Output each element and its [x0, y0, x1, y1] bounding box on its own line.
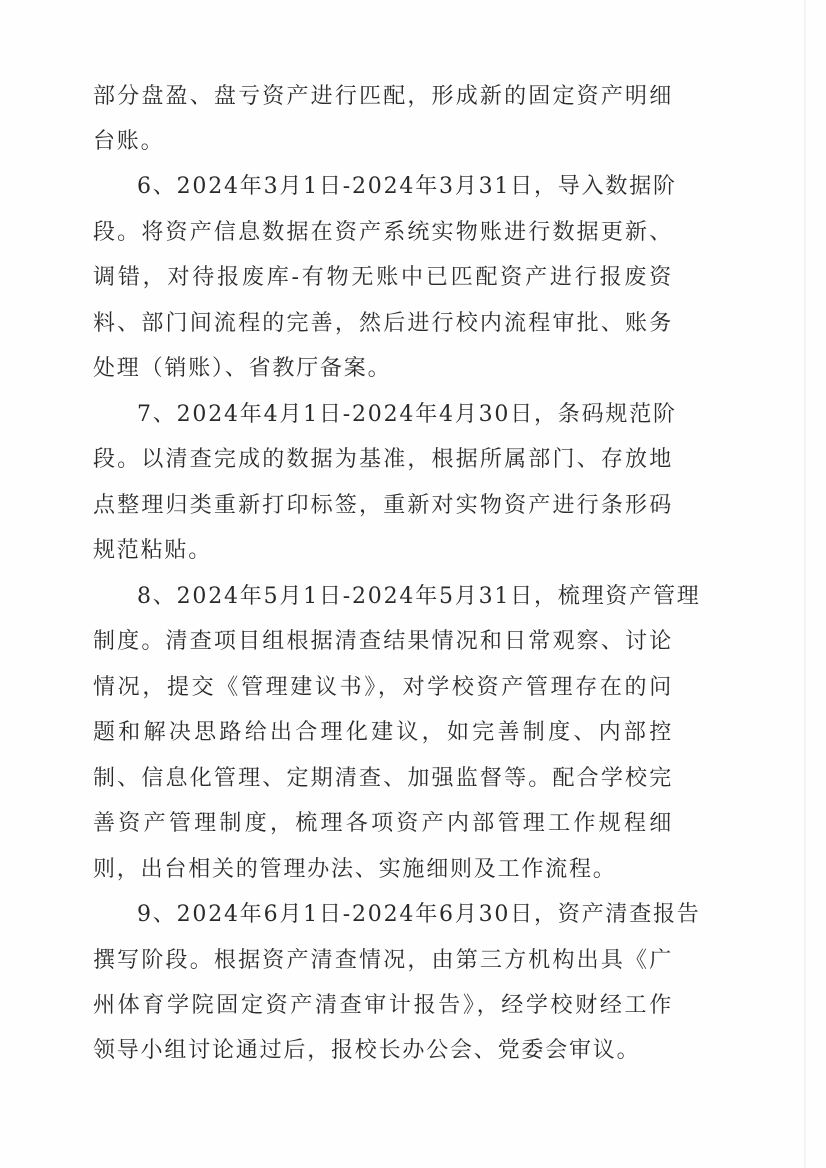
- text-line: 部分盘盈、盘亏资产进行匹配，形成新的固定资产明细: [93, 82, 673, 112]
- text-line: 规范粘贴。: [93, 536, 673, 566]
- text-line: 7、2024年4月1日-2024年4月30日，条码规范阶: [137, 400, 673, 430]
- text-line: 处理（销账）、省教厅备案。: [93, 354, 673, 384]
- text-line: 6、2024年3月1日-2024年3月31日，导入数据阶: [137, 172, 673, 202]
- text-line: 台账。: [93, 127, 673, 157]
- text-line: 料、部门间流程的完善，然后进行校内流程审批、账务: [93, 309, 673, 339]
- text-line: 段。以清查完成的数据为基准，根据所属部门、存放地: [93, 445, 673, 475]
- text-line: 段。将资产信息数据在资产系统实物账进行数据更新、: [93, 218, 673, 248]
- scan-edge: [804, 0, 806, 1168]
- text-line: 制、信息化管理、定期清查、加强监督等。配合学校完: [93, 764, 673, 794]
- text-line: 州体育学院固定资产清查审计报告》，经学校财经工作: [93, 991, 673, 1021]
- text-line: 点整理归类重新打印标签，重新对实物资产进行条形码: [93, 491, 673, 521]
- text-line: 制度。清查项目组根据清查结果情况和日常观察、讨论: [93, 627, 673, 657]
- text-line: 善资产管理制度，梳理各项资产内部管理工作规程细: [93, 809, 673, 839]
- text-line: 情况，提交《管理建议书》，对学校资产管理存在的问: [93, 673, 673, 703]
- text-line: 则，出台相关的管理办法、实施细则及工作流程。: [93, 855, 673, 885]
- text-line: 领导小组讨论通过后，报校长办公会、党委会审议。: [93, 1036, 673, 1066]
- text-line: 9、2024年6月1日-2024年6月30日，资产清查报告: [137, 900, 673, 930]
- text-line: 8、2024年5月1日-2024年5月31日，梳理资产管理: [137, 582, 673, 612]
- text-line: 题和解决思路给出合理化建议，如完善制度、内部控: [93, 718, 673, 748]
- text-line: 撰写阶段。根据资产清查情况，由第三方机构出具《广: [93, 946, 673, 976]
- document-page: 部分盘盈、盘亏资产进行匹配，形成新的固定资产明细 台账。 6、2024年3月1日…: [0, 0, 826, 1168]
- text-line: 调错，对待报废库-有物无账中已匹配资产进行报废资: [93, 263, 673, 293]
